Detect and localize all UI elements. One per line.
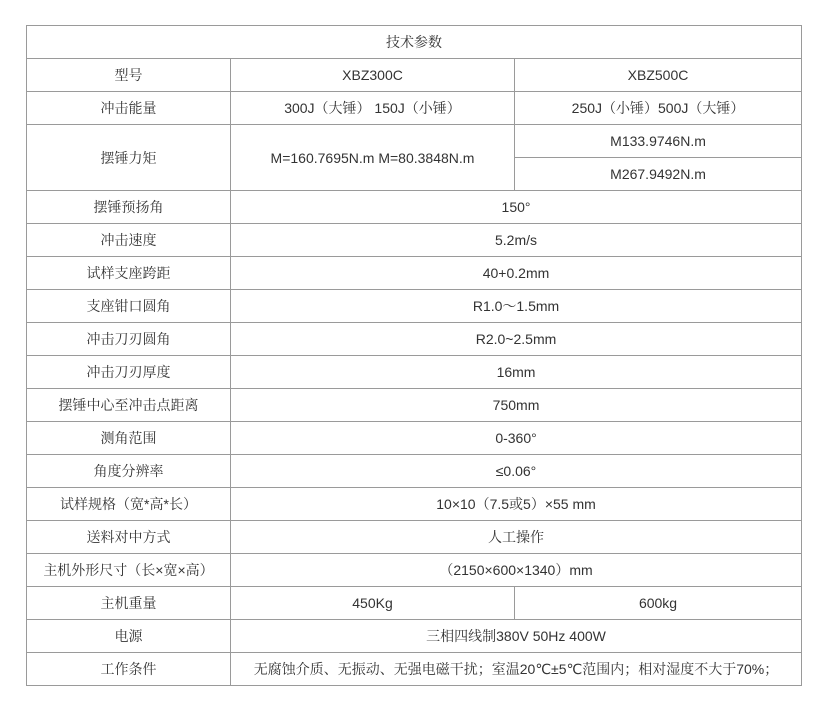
technical-parameters-table: 技术参数 型号 XBZ300C XBZ500C 冲击能量 300J（大锤） 15…	[26, 25, 801, 686]
row-value: 40+0.2mm	[231, 257, 802, 290]
row-label: 摆锤力矩	[27, 125, 231, 191]
row-value: R1.0～1.5mm	[231, 290, 802, 323]
row-label: 型号	[27, 59, 231, 92]
table-row-working-conditions: 工作条件 无腐蚀介质、无振动、无强电磁干扰；室温20℃±5℃范围内；相对湿度不大…	[27, 653, 802, 686]
row-value: 16mm	[231, 356, 802, 389]
row-label: 主机外形尺寸（长×宽×高）	[27, 554, 231, 587]
row-label: 支座钳口圆角	[27, 290, 231, 323]
row-value: （2150×600×1340）mm	[231, 554, 802, 587]
table-row-specimen-size: 试样规格（宽*高*长） 10×10（7.5或5）×55 mm	[27, 488, 802, 521]
row-value: 300J（大锤） 150J（小锤）	[231, 92, 515, 125]
row-value: 人工操作	[231, 521, 802, 554]
table-row-pre-raise-angle: 摆锤预扬角 150°	[27, 191, 802, 224]
table-row-blade-radius: 冲击刀刃圆角 R2.0~2.5mm	[27, 323, 802, 356]
row-label: 角度分辨率	[27, 455, 231, 488]
table-row-impact-speed: 冲击速度 5.2m/s	[27, 224, 802, 257]
row-value: 0-360°	[231, 422, 802, 455]
table-row-power-supply: 电源 三相四线制380V 50Hz 400W	[27, 620, 802, 653]
table-row-blade-thickness: 冲击刀刃厚度 16mm	[27, 356, 802, 389]
table-title: 技术参数	[27, 26, 802, 59]
row-value: M=160.7695N.m M=80.3848N.m	[231, 125, 515, 191]
row-value-sub-top: M133.9746N.m	[515, 125, 802, 158]
row-label: 冲击能量	[27, 92, 231, 125]
row-label: 冲击刀刃圆角	[27, 323, 231, 356]
row-value: 无腐蚀介质、无振动、无强电磁干扰；室温20℃±5℃范围内；相对湿度不大于70%；	[231, 653, 802, 686]
row-label: 冲击刀刃厚度	[27, 356, 231, 389]
table-row-title: 技术参数	[27, 26, 802, 59]
row-value: 150°	[231, 191, 802, 224]
table-row-center-to-impact-distance: 摆锤中心至冲击点距离 750mm	[27, 389, 802, 422]
row-label: 摆锤中心至冲击点距离	[27, 389, 231, 422]
row-label: 冲击速度	[27, 224, 231, 257]
row-value-sub-bottom: M267.9492N.m	[515, 158, 802, 191]
row-value: 750mm	[231, 389, 802, 422]
table-row-feed-centering: 送料对中方式 人工操作	[27, 521, 802, 554]
table-row-machine-weight: 主机重量 450Kg 600kg	[27, 587, 802, 620]
table-row-support-jaw-radius: 支座钳口圆角 R1.0～1.5mm	[27, 290, 802, 323]
row-value: 250J（小锤）500J（大锤）	[515, 92, 802, 125]
row-label: 试样规格（宽*高*长）	[27, 488, 231, 521]
row-label: 送料对中方式	[27, 521, 231, 554]
table-row-machine-dimensions: 主机外形尺寸（长×宽×高） （2150×600×1340）mm	[27, 554, 802, 587]
row-value: R2.0~2.5mm	[231, 323, 802, 356]
row-value-xbz500c: XBZ500C	[515, 59, 802, 92]
row-label: 电源	[27, 620, 231, 653]
table-row-model: 型号 XBZ300C XBZ500C	[27, 59, 802, 92]
row-value: 600kg	[515, 587, 802, 620]
row-label: 试样支座跨距	[27, 257, 231, 290]
row-label: 工作条件	[27, 653, 231, 686]
table-row-angle-range: 测角范围 0-360°	[27, 422, 802, 455]
table-row-impact-energy: 冲击能量 300J（大锤） 150J（小锤） 250J（小锤）500J（大锤）	[27, 92, 802, 125]
table-row-pendulum-moment: 摆锤力矩 M=160.7695N.m M=80.3848N.m M133.974…	[27, 125, 802, 158]
row-label: 摆锤预扬角	[27, 191, 231, 224]
row-value: 10×10（7.5或5）×55 mm	[231, 488, 802, 521]
row-value: ≤0.06°	[231, 455, 802, 488]
row-label: 测角范围	[27, 422, 231, 455]
row-label: 主机重量	[27, 587, 231, 620]
table-row-support-span: 试样支座跨距 40+0.2mm	[27, 257, 802, 290]
row-value-xbz300c: XBZ300C	[231, 59, 515, 92]
row-value: 三相四线制380V 50Hz 400W	[231, 620, 802, 653]
table-row-angle-resolution: 角度分辨率 ≤0.06°	[27, 455, 802, 488]
row-value: 5.2m/s	[231, 224, 802, 257]
row-value: 450Kg	[231, 587, 515, 620]
